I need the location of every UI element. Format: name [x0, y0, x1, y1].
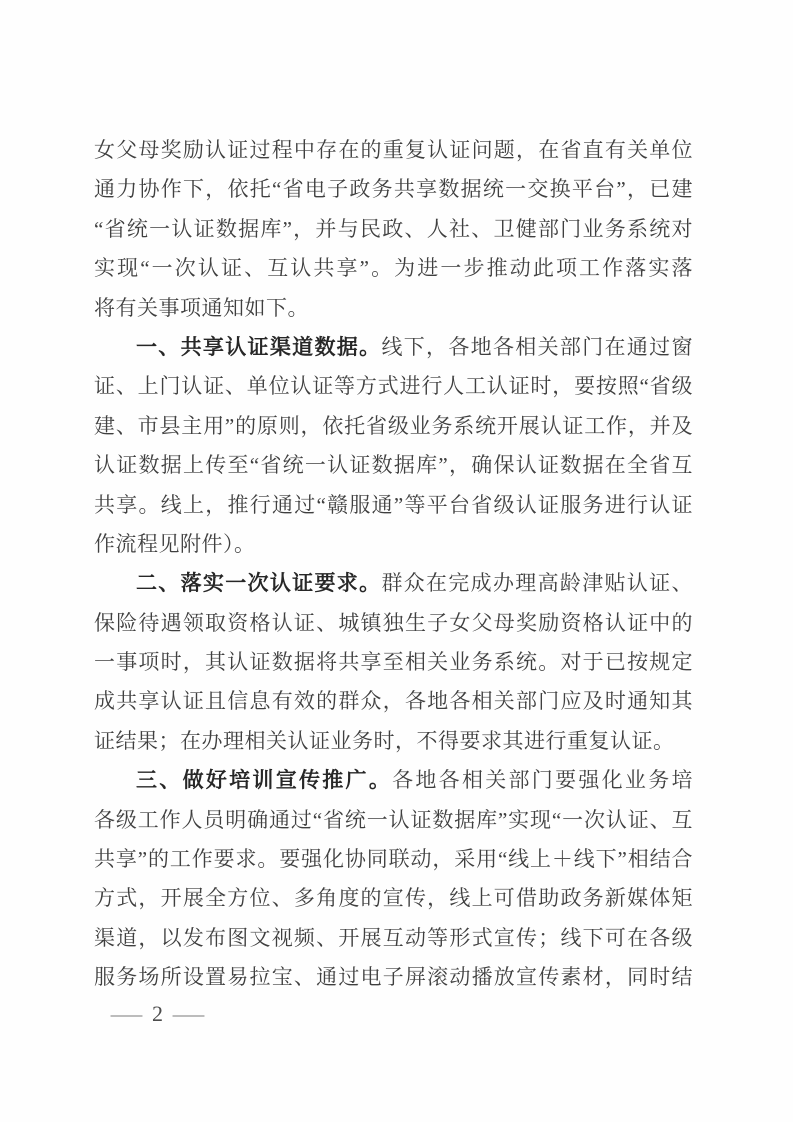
line-text: 一事项时，其认证数据将共享至相关业务系统。对于已按规定完: [94, 650, 693, 682]
text-line: 女父母奖励认证过程中存在的重复认证问题，在省直有关单位的: [94, 131, 693, 170]
line-text: 共享。线上，推行通过“赣服通”等平台省级认证服务进行认证（操: [94, 493, 693, 525]
line-text: 方式，开展全方位、多角度的宣传，线上可借助政务新媒体矩阵等: [94, 886, 693, 918]
footer-dash-right: —: [173, 1002, 205, 1027]
line-text: 实现“一次认证、互认共享”。为进一步推动此项工作落实落地，现: [94, 256, 693, 288]
text-line: 二、落实一次认证要求。群众在完成办理高龄津贴认证、养老: [94, 564, 693, 603]
text-line: 一、共享认证渠道数据。线下，各地各相关部门在通过窗口认: [94, 328, 693, 367]
line-text: 女父母奖励认证过程中存在的重复认证问题，在省直有关单位的: [94, 138, 693, 170]
line-text: 证、上门认证、单位认证等方式进行人工认证时，要按照“省级主: [94, 374, 693, 406]
text-line: 渠道，以发布图文视频、开展互动等形式宣传；线下可在各级政务: [94, 919, 693, 958]
text-line: 通力协作下，依托“省电子政务共享数据统一交换平台”，已建成: [94, 170, 693, 209]
document-body: 女父母奖励认证过程中存在的重复认证问题，在省直有关单位的 通力协作下，依托“省电…: [94, 131, 693, 998]
text-line: 证结果；在办理相关认证业务时，不得要求其进行重复认证。: [94, 722, 693, 761]
line-text: 作流程见附件）。: [94, 532, 256, 556]
line-text: 成共享认证且信息有效的群众，各地各相关部门应及时通知其认: [94, 689, 693, 721]
text-line: “省统一认证数据库”，并与民政、人社、卫健部门业务系统对接，可: [94, 210, 693, 249]
line-text: 渠道，以发布图文视频、开展互动等形式宣传；线下可在各级政务: [94, 926, 693, 958]
document-page: 女父母奖励认证过程中存在的重复认证问题，在省直有关单位的 通力协作下，依托“省电…: [0, 0, 793, 1122]
text-line: 方式，开展全方位、多角度的宣传，线上可借助政务新媒体矩阵等: [94, 879, 693, 918]
page-footer: — 2 —: [116, 1001, 199, 1027]
text-line: 建、市县主用”的原则，依托省级业务系统开展认证工作，并及时将: [94, 407, 693, 446]
line-text: 证结果；在办理相关认证业务时，不得要求其进行重复认证。: [94, 729, 675, 753]
section-heading-3: 三、做好培训宣传推广。: [136, 769, 392, 792]
line-text: 将有关事项通知如下。: [94, 296, 309, 320]
text-line: 保险待遇领取资格认证、城镇独生子女父母奖励资格认证中的任: [94, 604, 693, 643]
line-text: 保险待遇领取资格认证、城镇独生子女父母奖励资格认证中的任: [94, 611, 693, 643]
page-number: 2: [152, 1001, 163, 1027]
line-text: 通力协作下，依托“省电子政务共享数据统一交换平台”，已建成: [94, 177, 693, 209]
text-line: 证、上门认证、单位认证等方式进行人工认证时，要按照“省级主: [94, 367, 693, 406]
section-heading-2: 二、落实一次认证要求。: [136, 572, 381, 595]
text-line: 认证数据上传至“省统一认证数据库”，确保认证数据在全省互认: [94, 446, 693, 485]
line-text: 各级工作人员明确通过“省统一认证数据库”实现“一次认证、互认: [94, 808, 693, 840]
text-line: 实现“一次认证、互认共享”。为进一步推动此项工作落实落地，现: [94, 249, 693, 288]
text-line: 作流程见附件）。: [94, 525, 693, 564]
text-line: 服务场所设置易拉宝、通过电子屏滚动播放宣传素材，同时结合相: [94, 958, 693, 997]
footer-dash-left: —: [111, 1002, 143, 1027]
line-text: 认证数据上传至“省统一认证数据库”，确保认证数据在全省互认: [94, 453, 693, 485]
text-line: 成共享认证且信息有效的群众，各地各相关部门应及时通知其认: [94, 682, 693, 721]
text-line: 一事项时，其认证数据将共享至相关业务系统。对于已按规定完: [94, 643, 693, 682]
line-text: 共享”的工作要求。要强化协同联动，采用“线上＋线下”相结合的: [94, 847, 693, 879]
text-line: 将有关事项通知如下。: [94, 289, 693, 328]
line-text: 建、市县主用”的原则，依托省级业务系统开展认证工作，并及时将: [94, 414, 693, 446]
section-heading-1: 一、共享认证渠道数据。: [136, 336, 381, 359]
line-text: “省统一认证数据库”，并与民政、人社、卫健部门业务系统对接，可: [94, 217, 693, 249]
text-line: 各级工作人员明确通过“省统一认证数据库”实现“一次认证、互认: [94, 801, 693, 840]
text-line: 三、做好培训宣传推广。各地各相关部门要强化业务培训，让: [94, 761, 693, 800]
text-line: 共享。线上，推行通过“赣服通”等平台省级认证服务进行认证（操: [94, 486, 693, 525]
line-text: 服务场所设置易拉宝、通过电子屏滚动播放宣传素材，同时结合相: [94, 965, 693, 997]
text-line: 共享”的工作要求。要强化协同联动，采用“线上＋线下”相结合的: [94, 840, 693, 879]
